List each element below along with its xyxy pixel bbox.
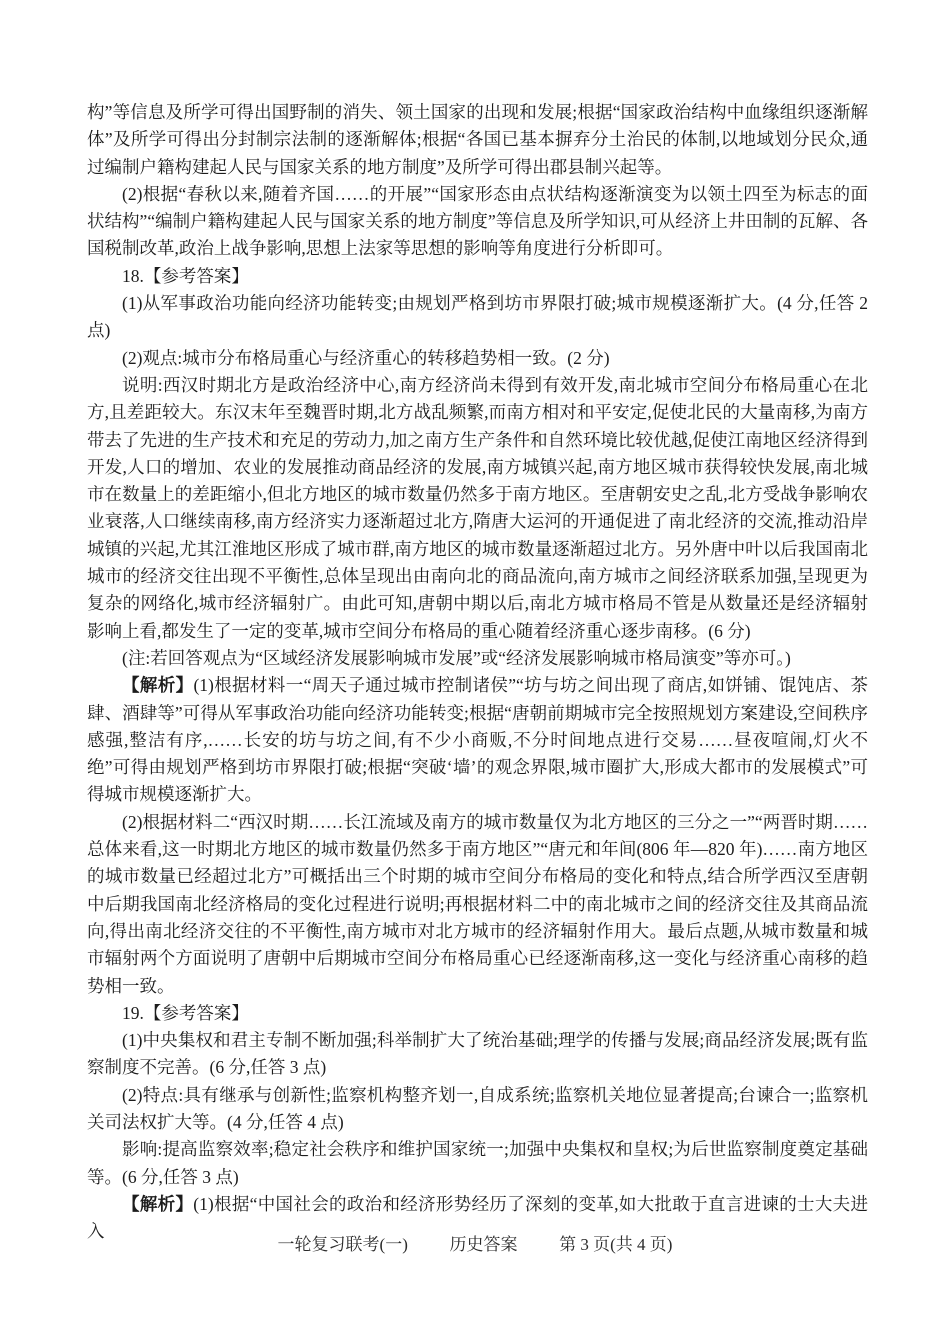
footer-exam-name: 一轮复习联考(一) (278, 1235, 408, 1254)
paragraph-text: (2)特点:具有继承与创新性;监察机构整齐划一,自成系统;监察机关地位显著提高;… (87, 1085, 868, 1132)
paragraph-strong-label: 【解析】 (122, 675, 193, 695)
paragraph-text: (2)观点:城市分布格局重心与经济重心的转移趋势相一致。(2 分) (122, 348, 610, 368)
paragraph: 18.【参考答案】 (87, 263, 868, 290)
footer-subject: 历史答案 (450, 1235, 518, 1254)
paragraph: (2)根据材料二“西汉时期……长江流域及南方的城市数量仅为北方地区的三分之一”“… (87, 809, 868, 1000)
paragraph: (2)根据“春秋以来,随着齐国……的开展”“国家形态由点状结构逐渐演变为以领土四… (87, 181, 868, 263)
answer-text-block: 构”等信息及所学可得出国野制的消失、领土国家的出现和发展;根据“国家政治结构中血… (87, 99, 868, 1245)
paragraph: (2)特点:具有继承与创新性;监察机构整齐划一,自成系统;监察机关地位显著提高;… (87, 1082, 868, 1137)
paragraph-text: 18.【参考答案】 (122, 266, 249, 286)
paragraph-text: (1)从军事政治功能向经济功能转变;由规划严格到坊市界限打破;城市规模逐渐扩大。… (87, 293, 868, 340)
paragraph-strong-label: 【解析】 (122, 1194, 193, 1214)
paragraph: 说明:西汉时期北方是政治经济中心,南方经济尚未得到有效开发,南北城市空间分布格局… (87, 372, 868, 645)
paragraph: 19.【参考答案】 (87, 1000, 868, 1027)
paragraph: (1)从军事政治功能向经济功能转变;由规划严格到坊市界限打破;城市规模逐渐扩大。… (87, 290, 868, 345)
paragraph: 【解析】(1)根据材料一“周天子通过城市控制诸侯”“坊与坊之间出现了商店,如饼铺… (87, 672, 868, 808)
paragraph-text: (注:若回答观点为“区域经济发展影响城市发展”或“经济发展影响城市格局演变”等亦… (122, 648, 791, 668)
paragraph-text: 构”等信息及所学可得出国野制的消失、领土国家的出现和发展;根据“国家政治结构中血… (87, 102, 868, 177)
paragraph-text: (2)根据材料二“西汉时期……长江流域及南方的城市数量仅为北方地区的三分之一”“… (87, 812, 868, 996)
paragraph: 构”等信息及所学可得出国野制的消失、领土国家的出现和发展;根据“国家政治结构中血… (87, 99, 868, 181)
paragraph: (2)观点:城市分布格局重心与经济重心的转移趋势相一致。(2 分) (87, 345, 868, 372)
document-page: 构”等信息及所学可得出国野制的消失、领土国家的出现和发展;根据“国家政治结构中血… (0, 0, 950, 1324)
footer-page-info: 第 3 页(共 4 页) (559, 1235, 672, 1254)
paragraph: 影响:提高监察效率;稳定社会秩序和维护国家统一;加强中央集权和皇权;为后世监察制… (87, 1136, 868, 1191)
paragraph-text: (1)中央集权和君主专制不断加强;科举制扩大了统治基础;理学的传播与发展;商品经… (87, 1030, 868, 1077)
page-footer: 一轮复习联考(一) 历史答案 第 3 页(共 4 页) (0, 1231, 950, 1258)
paragraph-text: (2)根据“春秋以来,随着齐国……的开展”“国家形态由点状结构逐渐演变为以领土四… (87, 184, 868, 259)
paragraph-text: 19.【参考答案】 (122, 1003, 249, 1023)
paragraph-text: 说明:西汉时期北方是政治经济中心,南方经济尚未得到有效开发,南北城市空间分布格局… (87, 375, 868, 641)
paragraph-text: 影响:提高监察效率;稳定社会秩序和维护国家统一;加强中央集权和皇权;为后世监察制… (87, 1139, 868, 1186)
paragraph: (注:若回答观点为“区域经济发展影响城市发展”或“经济发展影响城市格局演变”等亦… (87, 645, 868, 672)
paragraph-text: (1)根据材料一“周天子通过城市控制诸侯”“坊与坊之间出现了商店,如饼铺、馄饨店… (87, 675, 868, 804)
paragraph: (1)中央集权和君主专制不断加强;科举制扩大了统治基础;理学的传播与发展;商品经… (87, 1027, 868, 1082)
